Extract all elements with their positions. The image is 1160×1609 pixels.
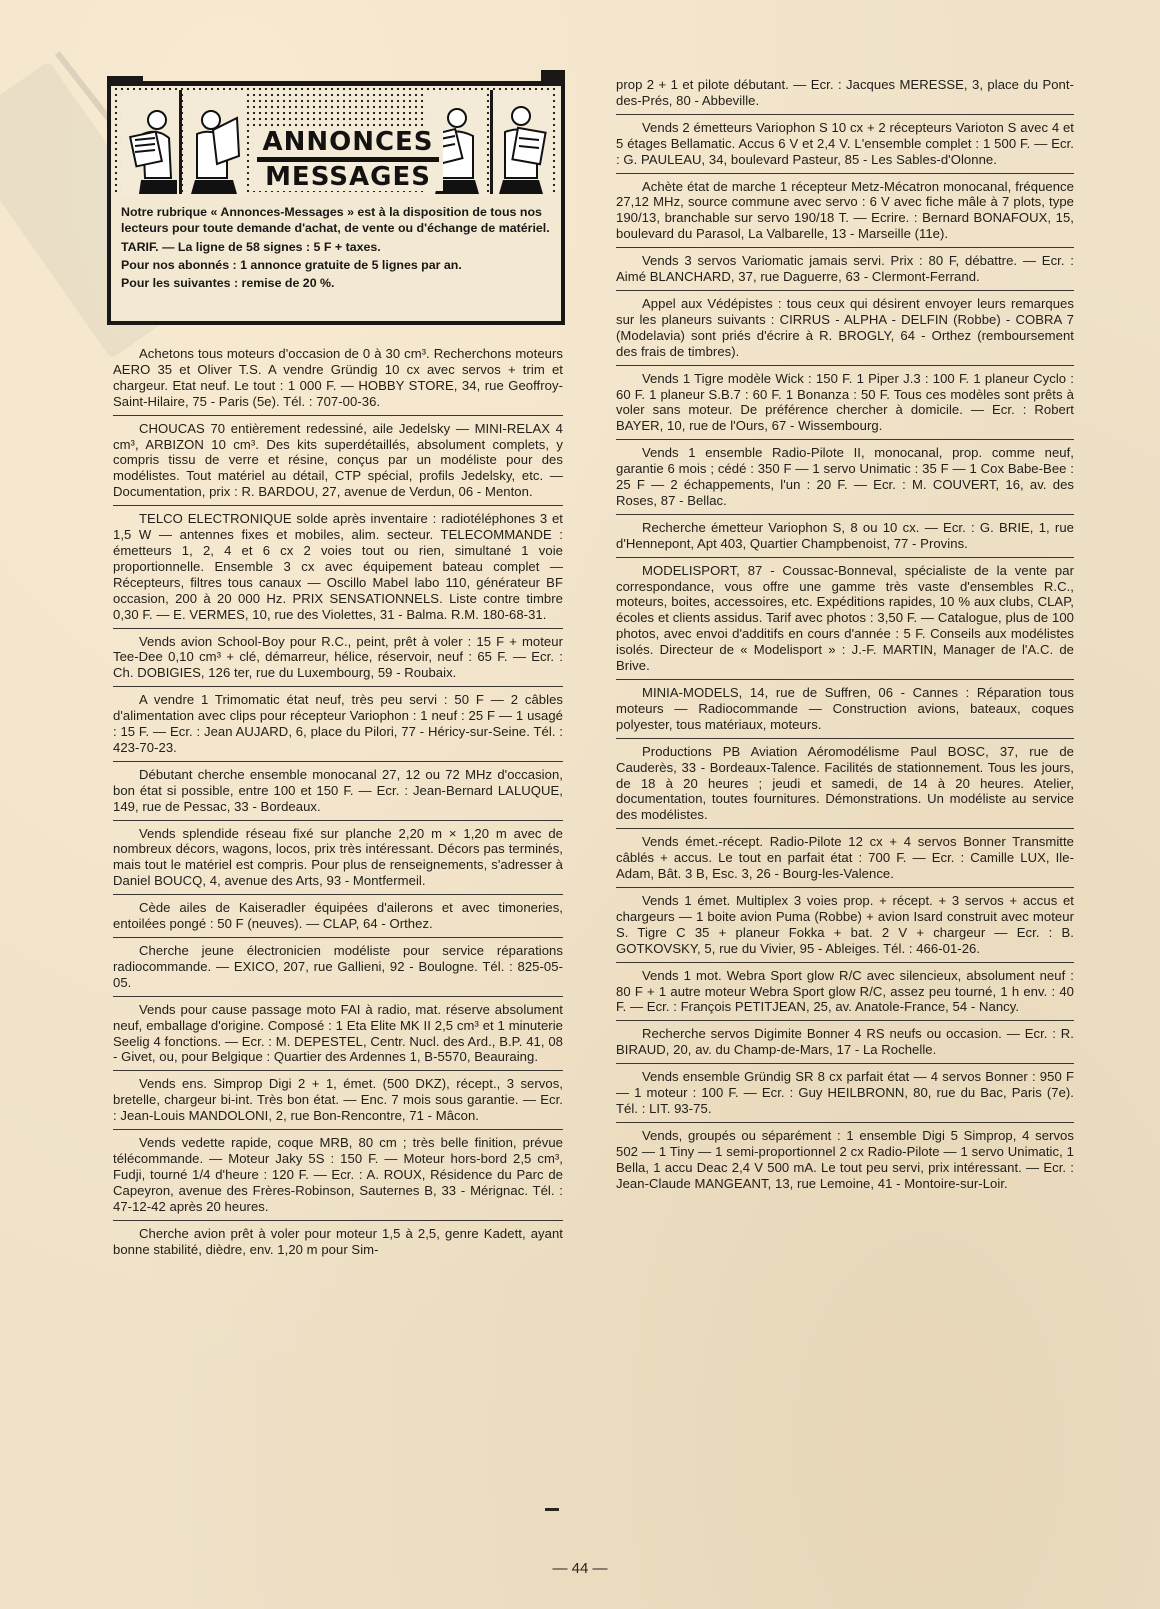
reader-figure-icon (187, 94, 245, 194)
intro-text: Notre rubrique « Annonces-Messages » est… (121, 204, 553, 291)
classified-ad: A vendre 1 Trimomatic état neuf, très pe… (113, 687, 563, 762)
classified-ad: Vends ens. Simprop Digi 2 + 1, émet. (50… (113, 1071, 563, 1130)
classified-ad: TELCO ELECTRONIQUE solde après inventair… (113, 506, 563, 628)
annonces-messages-header: ANNONCES MESSAGES Notre rubrique « Annon… (107, 81, 565, 325)
classified-ad: Appel aux Védépistes : tous ceux qui dés… (616, 291, 1074, 366)
classified-ad: Vends avion School-Boy pour R.C., peint,… (113, 629, 563, 688)
intro-discount: Pour les suivantes : remise de 20 %. (121, 275, 553, 291)
right-column-ads: prop 2 + 1 et pilote débutant. — Ecr. : … (616, 72, 1074, 1196)
intro-subscribers: Pour nos abonnés : 1 annonce gratuite de… (121, 257, 553, 273)
classified-ad: Vends 3 servos Variomatic jamais servi. … (616, 248, 1074, 291)
classified-ad: Cède ailes de Kaiseradler équipées d'ail… (113, 895, 563, 938)
classified-ad: Vends pour cause passage moto FAI à radi… (113, 997, 563, 1072)
classified-ad: Vends, groupés ou séparément : 1 ensembl… (616, 1123, 1074, 1197)
section-title: ANNONCES MESSAGES (253, 128, 443, 191)
classified-ad: Vends 1 mot. Webra Sport glow R/C avec s… (616, 963, 1074, 1022)
classified-ad: Productions PB Aviation Aéromodélisme Pa… (616, 739, 1074, 830)
classified-ad-continued: prop 2 + 1 et pilote débutant. — Ecr. : … (616, 72, 1074, 115)
page-number: — 44 — (0, 1560, 1160, 1577)
left-column-ads: Achetons tous moteurs d'occasion de 0 à … (113, 341, 563, 1262)
classified-ad: MINIA-MODELS, 14, rue de Suffren, 06 - C… (616, 680, 1074, 739)
title-annonces: ANNONCES (253, 128, 443, 156)
classified-ad: Vends splendide réseau fixé sur planche … (113, 821, 563, 896)
classified-ad: Vends vedette rapide, coque MRB, 80 cm ;… (113, 1130, 563, 1221)
box-corner-mark (541, 70, 565, 86)
continuation-dash (545, 1508, 559, 1511)
box-corner-mark (107, 76, 143, 86)
classified-ad: Recherche émetteur Variophon S, 8 ou 10 … (616, 515, 1074, 558)
classified-ad: Cherche jeune électronicien modéliste po… (113, 938, 563, 997)
intro-description: Notre rubrique « Annonces-Messages » est… (121, 204, 553, 237)
classified-ad: Vends 1 Tigre modèle Wick : 150 F. 1 Pip… (616, 366, 1074, 441)
title-messages: MESSAGES (253, 163, 443, 191)
classified-ad: Cherche avion prêt à voler pour moteur 1… (113, 1221, 563, 1263)
intro-tarif: TARIF. — La ligne de 58 signes : 5 F + t… (121, 239, 553, 255)
reader-figure-icon (493, 94, 551, 194)
classified-ad: Vends 1 émet. Multiplex 3 voies prop. + … (616, 888, 1074, 963)
classified-ad: Débutant cherche ensemble monocanal 27, … (113, 762, 563, 821)
classified-ad: CHOUCAS 70 entièrement redessiné, aile J… (113, 416, 563, 507)
classified-ad: Achetons tous moteurs d'occasion de 0 à … (113, 341, 563, 416)
classified-ad: Vends 2 émetteurs Variophon S 10 cx + 2 … (616, 115, 1074, 174)
classified-ad: Vends émet.-récept. Radio-Pilote 12 cx +… (616, 829, 1074, 888)
classified-ad: MODELISPORT, 87 - Coussac-Bonneval, spéc… (616, 558, 1074, 680)
classified-ad: Achète état de marche 1 récepteur Metz-M… (616, 174, 1074, 249)
reader-figure-icon (121, 94, 179, 194)
classified-ad: Vends 1 ensemble Radio-Pilote II, monoca… (616, 440, 1074, 515)
classified-ad: Recherche servos Digimite Bonner 4 RS ne… (616, 1021, 1074, 1064)
banner-divider (179, 90, 182, 194)
header-banner: ANNONCES MESSAGES (113, 86, 559, 194)
classified-ad: Vends ensemble Gründig SR 8 cx parfait é… (616, 1064, 1074, 1123)
